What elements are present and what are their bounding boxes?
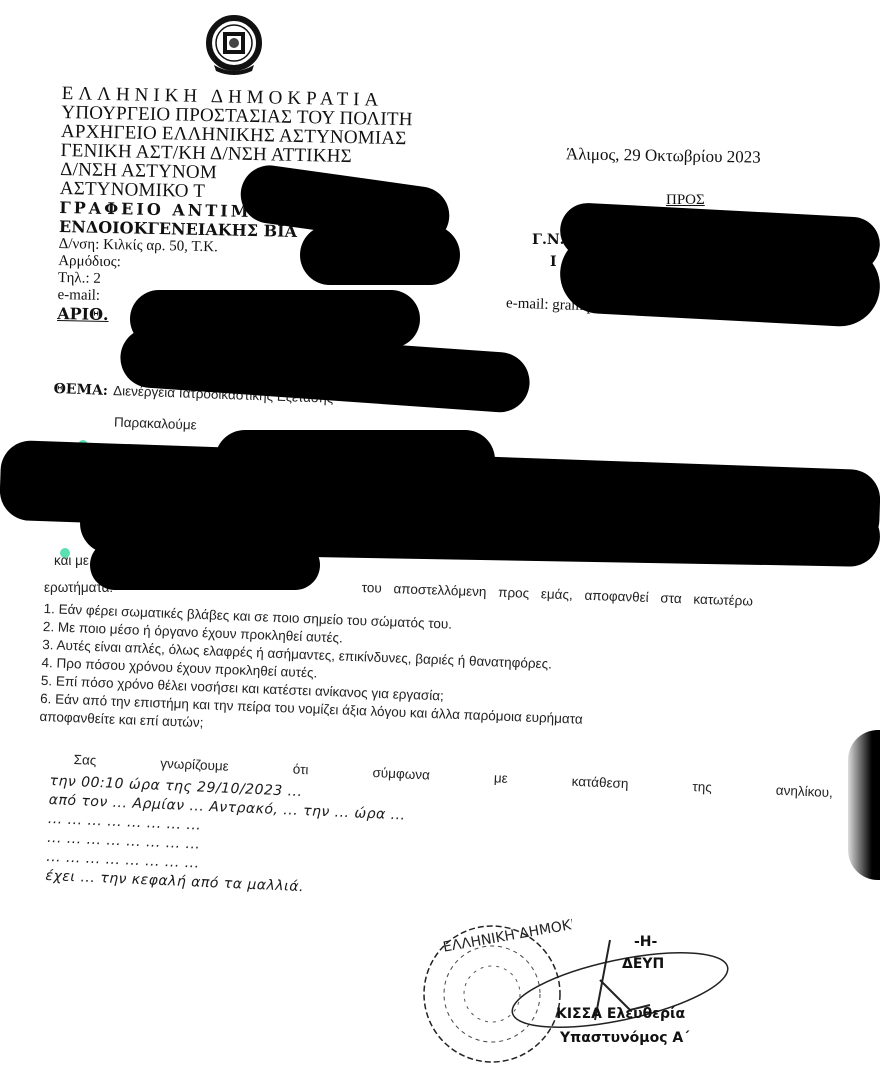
redaction (215, 430, 495, 490)
body-line: και με (54, 553, 89, 568)
redaction (558, 232, 880, 329)
handwritten-block: την 00:10 ώρα της 29/10/2023 ... από τον… (45, 772, 407, 901)
police-emblem-icon (206, 15, 262, 77)
pen-shadow (848, 730, 880, 880)
body-line: του αποστελλόμενη προς εμάς, αποφανθεί σ… (361, 580, 753, 609)
recipient-line: Ι (550, 254, 557, 270)
questions-list: 1. Εάν φέρει σωματικές βλάβες και σε ποι… (39, 600, 586, 747)
signature-prefix: -Η- (634, 934, 657, 950)
intro-text: Παρακαλούμε (114, 415, 197, 433)
signatory-name: ΚΙΣΣΑ Ελευθερία (556, 1006, 685, 1022)
document-date: Άλιμος, 29 Οκτωβρίου 2023 (566, 144, 761, 167)
redaction (300, 225, 460, 285)
redaction (90, 540, 320, 590)
signature-scribble (500, 930, 730, 1044)
signature-role: ΔΕΥΠ (622, 956, 664, 972)
signatory-rank: Υπαστυνόμος Α΄ (560, 1030, 689, 1046)
subject-label: ΘΕΜΑ: (53, 381, 108, 399)
